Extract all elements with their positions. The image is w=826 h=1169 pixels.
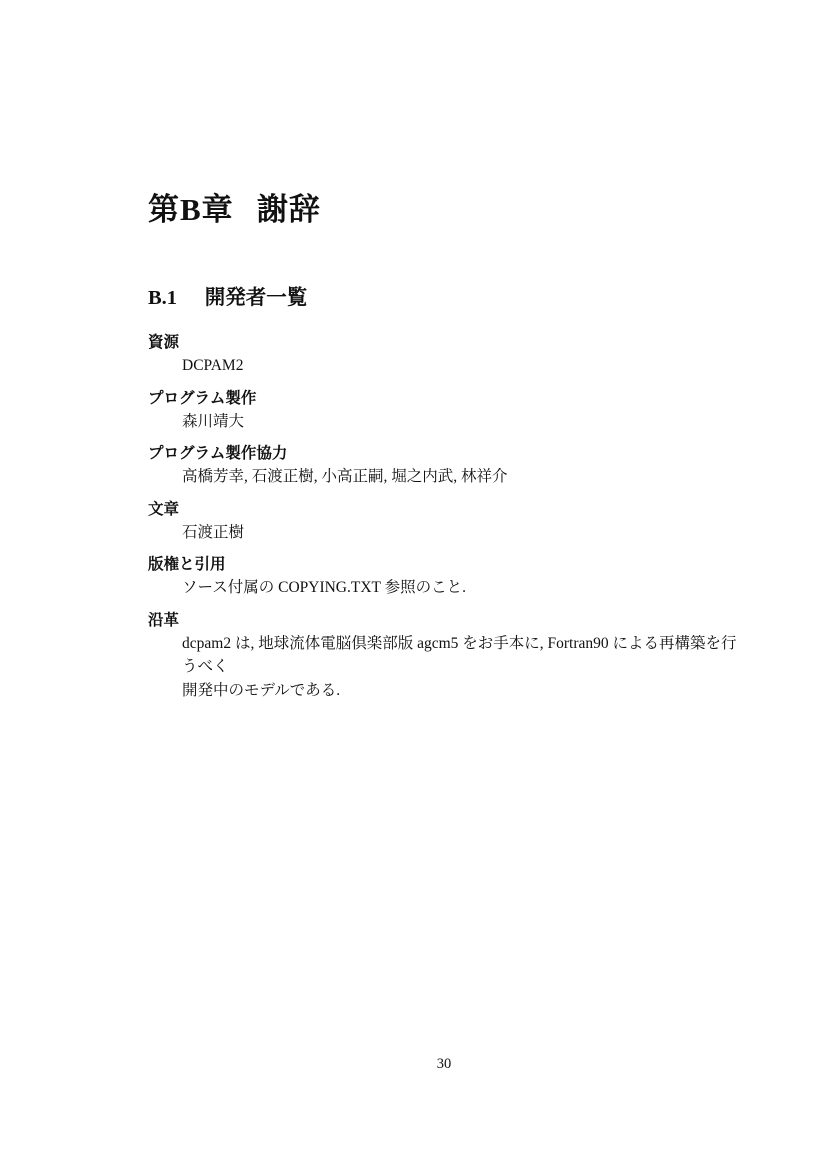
entry-value: 森川靖大	[182, 410, 740, 434]
section-number: B.1	[148, 287, 177, 309]
document-page: 第B章謝辞 B.1開発者一覧 資源 DCPAM2 プログラム製作 森川靖大 プロ…	[148, 0, 740, 1169]
list-entry-text-author: 文章 石渡正樹	[148, 498, 740, 545]
list-entry-program-author: プログラム製作 森川靖大	[148, 387, 740, 434]
section-heading: B.1開発者一覧	[148, 286, 740, 311]
entry-value: DCPAM2	[182, 354, 740, 378]
entry-label: プログラム製作	[148, 387, 740, 410]
developer-list: 資源 DCPAM2 プログラム製作 森川靖大 プログラム製作協力 高橋芳幸, 石…	[148, 331, 740, 702]
entry-value: ソース付属の COPYING.TXT 参照のこと.	[182, 576, 740, 600]
page-number: 30	[148, 1055, 740, 1073]
chapter-number: 第B章	[148, 192, 234, 227]
chapter-heading: 第B章謝辞	[148, 192, 740, 228]
entry-label: プログラム製作協力	[148, 442, 740, 465]
entry-label: 沿革	[148, 609, 740, 632]
entry-label: 版権と引用	[148, 553, 740, 576]
list-entry-program-contributors: プログラム製作協力 高橋芳幸, 石渡正樹, 小高正嗣, 堀之内武, 林祥介	[148, 442, 740, 489]
entry-value: 石渡正樹	[182, 521, 740, 545]
entry-value: dcpam2 は, 地球流体電脳倶楽部版 agcm5 をお手本に, Fortra…	[182, 632, 740, 703]
list-entry-resource: 資源 DCPAM2	[148, 331, 740, 378]
list-entry-copyright: 版権と引用 ソース付属の COPYING.TXT 参照のこと.	[148, 553, 740, 600]
entry-label: 文章	[148, 498, 740, 521]
list-entry-history: 沿革 dcpam2 は, 地球流体電脳倶楽部版 agcm5 をお手本に, For…	[148, 609, 740, 703]
section-title: 開発者一覧	[205, 286, 308, 309]
entry-label: 資源	[148, 331, 740, 354]
chapter-title: 謝辞	[257, 192, 321, 227]
entry-value: 高橋芳幸, 石渡正樹, 小高正嗣, 堀之内武, 林祥介	[182, 465, 740, 489]
